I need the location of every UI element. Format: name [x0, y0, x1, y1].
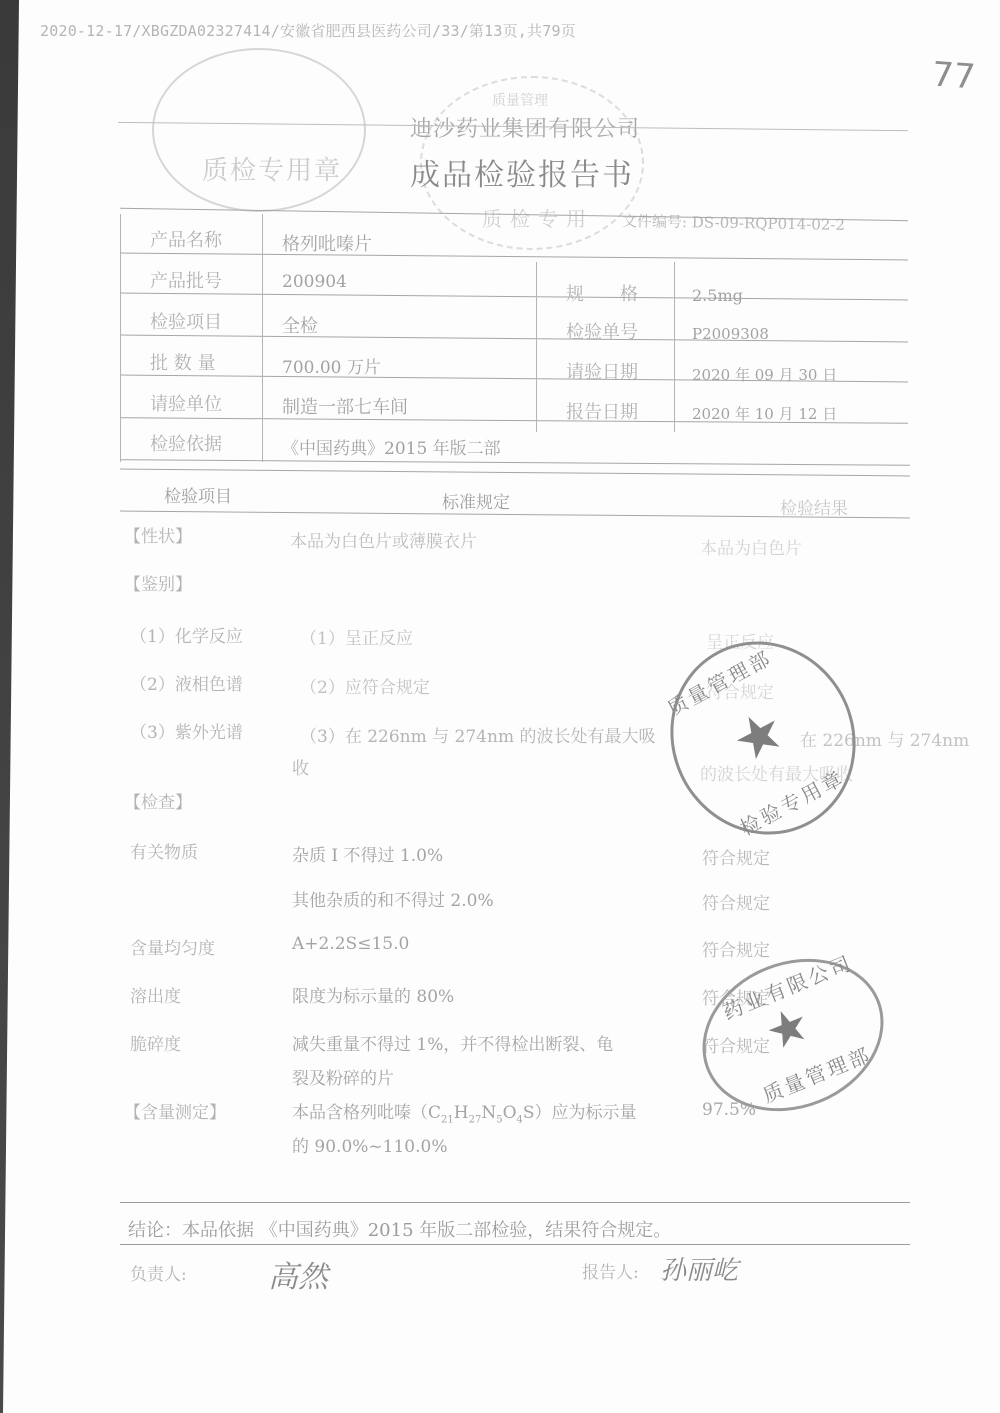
cell-text: 符合规定	[702, 889, 770, 914]
qc-department-stamp: ★ 质量管理部 检验专用章	[637, 609, 890, 868]
label-requesting-unit: 请验单位	[150, 390, 222, 416]
cell-text: 21	[441, 1114, 454, 1125]
responsible-person-label: 负责人:	[130, 1260, 187, 1285]
header-standard: 标准规定	[442, 488, 510, 513]
cell-text: 5	[496, 1114, 502, 1125]
stamp-text-bottom: 质检专用	[482, 203, 594, 232]
cell-text: 脆碎度	[130, 1030, 181, 1055]
cell-text: 裂及粉碎的片	[292, 1064, 394, 1089]
document-code: 文件编号: DS-09-RQP014-02-2	[622, 210, 845, 235]
conclusion-top-rule	[120, 1202, 910, 1203]
star-icon: ★	[724, 700, 795, 773]
stamp-text-top: 质量管理	[492, 90, 548, 110]
value-report-date: 2020 年 10 月 12 日	[692, 403, 837, 424]
label-specification: 规 格	[566, 280, 638, 306]
archive-watermark: 2020-12-17/XBGZDA02327414/安徽省肥西县医药公司/33/…	[40, 20, 576, 41]
assay-standard: 本品含格列吡嗪（C21H27N5O4S）应为标示量	[292, 1098, 637, 1125]
label-test-basis: 检验依据	[150, 430, 222, 456]
cell-text: A+2.2S≤15.0	[292, 934, 409, 954]
label-test-order-no: 检验单号	[566, 318, 638, 344]
cell-text: 符合规定	[702, 936, 770, 961]
value-product-name: 格列吡嗪片	[282, 230, 372, 256]
cell-text: 限度为标示量的 80%	[292, 982, 454, 1007]
cell-text: 本品含格列吡嗪（C	[292, 1103, 441, 1123]
cell-text: S）应为标示量	[523, 1103, 637, 1123]
cell-text: 【检查】	[124, 788, 192, 813]
qc-stamp-top-left: 质检专用章	[152, 48, 366, 212]
document-title: 成品检验报告书	[410, 150, 634, 194]
cell-text: 其他杂质的和不得过 2.0%	[292, 886, 494, 911]
cell-text: 有关物质	[130, 838, 198, 863]
cell-text: （3）紫外光谱	[130, 718, 243, 743]
label-report-date: 报告日期	[566, 398, 638, 424]
value-batch-quantity: 700.00 万片	[282, 353, 381, 378]
label-product-name: 产品名称	[150, 226, 222, 252]
cell-text: 含量均匀度	[130, 934, 215, 959]
cell-text: 【性状】	[124, 522, 192, 547]
responsible-person-signature: 高然	[268, 1252, 328, 1296]
cell-text: 【含量测定】	[124, 1098, 226, 1123]
cell-text: （3）在 226nm 与 274nm 的波长处有最大吸	[300, 722, 655, 747]
cell-text: （2）应符合规定	[300, 673, 430, 698]
cell-text: 27	[469, 1114, 482, 1125]
value-request-date: 2020 年 09 月 30 日	[692, 364, 837, 385]
cell-text: 溶出度	[130, 982, 181, 1007]
handwritten-page-number: 77	[931, 55, 977, 98]
header-test-item: 检验项目	[164, 482, 232, 507]
conclusion-text: 结论：本品依据 《中国药典》2015 年版二部检验，结果符合规定。	[128, 1216, 671, 1242]
cell-text: 减失重量不得过 1%，并不得检出断裂、龟	[292, 1030, 613, 1055]
cell-text: （1）化学反应	[130, 622, 243, 647]
cell-text: 本品为白色片	[700, 534, 802, 559]
cell-text: 符合规定	[702, 844, 770, 869]
label-test-items: 检验项目	[150, 308, 222, 334]
cell-text: （1）呈正反应	[300, 624, 413, 649]
stamp-text: 质检专用章	[202, 150, 342, 187]
label-request-date: 请验日期	[566, 358, 638, 384]
label-batch-number: 产品批号	[150, 267, 222, 293]
cell-text: （2）液相色谱	[130, 670, 243, 695]
conclusion-bottom-rule	[120, 1244, 910, 1245]
value-test-items: 全检	[282, 312, 318, 338]
value-requesting-unit: 制造一部七车间	[282, 393, 408, 419]
reporter-signature: 孙丽屹	[660, 1250, 738, 1287]
label-batch-quantity: 批 数 量	[150, 349, 215, 375]
header-result: 检验结果	[780, 494, 848, 519]
value-specification: 2.5mg	[692, 286, 743, 305]
cell-text: 本品为白色片或薄膜衣片	[290, 527, 477, 552]
cell-text: 的 90.0%~110.0%	[292, 1132, 447, 1157]
value-batch-number: 200904	[282, 272, 347, 292]
cell-text: 【鉴别】	[124, 570, 192, 595]
value-test-order-no: P2009308	[692, 325, 769, 343]
cell-text: 收	[292, 754, 309, 779]
scan-edge-shadow	[0, 0, 20, 1413]
value-test-basis: 《中国药典》2015 年版二部	[282, 434, 501, 459]
reporter-label: 报告人:	[582, 1258, 639, 1283]
cell-text: 杂质 I 不得过 1.0%	[292, 841, 443, 866]
